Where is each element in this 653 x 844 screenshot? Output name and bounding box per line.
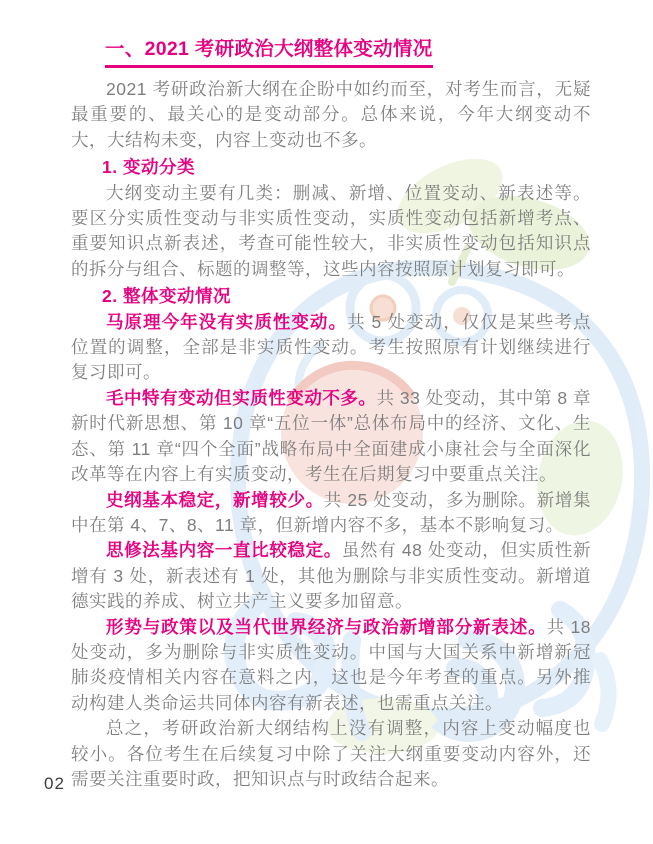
change-item-lead: 形势与政策以及当代世界经济与政治新增部分新表述。 xyxy=(106,617,546,637)
change-item-shigang: 史纲基本稳定，新增较少。共 25 处变动，多为删除。新增集中在第 4、7、8、1… xyxy=(71,488,591,539)
change-types-paragraph: 大纲变动主要有几类：删减、新增、位置变动、新表述等。要区分实质性变动与非实质性变… xyxy=(71,181,591,283)
title-row: 一、2021 考研政治大纲整体变动情况 xyxy=(71,36,591,68)
change-item-lead: 史纲基本稳定，新增较少。 xyxy=(106,490,324,510)
change-item-mayuanli: 马原理今年没有实质性变动。共 5 处变动，仅仅是某些考点位置的调整，全部是非实质… xyxy=(71,310,591,386)
change-item-lead: 马原理今年没有实质性变动。 xyxy=(106,312,347,332)
section-heading-overall-changes: 2. 整体变动情况 xyxy=(71,284,591,309)
intro-paragraph: 2021 考研政治新大纲在企盼中如约而至，对考生而言，无疑最重要的、最关心的是变… xyxy=(71,77,591,153)
change-item-lead: 毛中特有变动但实质性变动不多。 xyxy=(106,388,376,408)
page-number: 02 xyxy=(44,774,65,794)
document-body: 一、2021 考研政治大纲整体变动情况 2021 考研政治新大纲在企盼中如约而至… xyxy=(0,0,653,792)
closing-paragraph: 总之，考研政治新大纲结构上没有调整，内容上变动幅度也较小。各位考生在后续复习中除… xyxy=(71,716,591,792)
change-item-lead: 思修法基内容一直比较稳定。 xyxy=(106,540,342,560)
section-heading-change-types: 1. 变动分类 xyxy=(71,155,591,180)
page-title: 一、2021 考研政治大纲整体变动情况 xyxy=(105,36,433,68)
change-item-maozhongte: 毛中特有变动但实质性变动不多。共 33 处变动，其中第 8 章新时代新思想、第 … xyxy=(71,386,591,488)
change-item-sixiufaji: 思修法基内容一直比较稳定。虽然有 48 处变动，但实质性新增有 3 处，新表述有… xyxy=(71,538,591,614)
document-page: 一、2021 考研政治大纲整体变动情况 2021 考研政治新大纲在企盼中如约而至… xyxy=(0,0,653,844)
change-item-shizheng: 形势与政策以及当代世界经济与政治新增部分新表述。共 18 处变动，多为删除与非实… xyxy=(71,615,591,717)
